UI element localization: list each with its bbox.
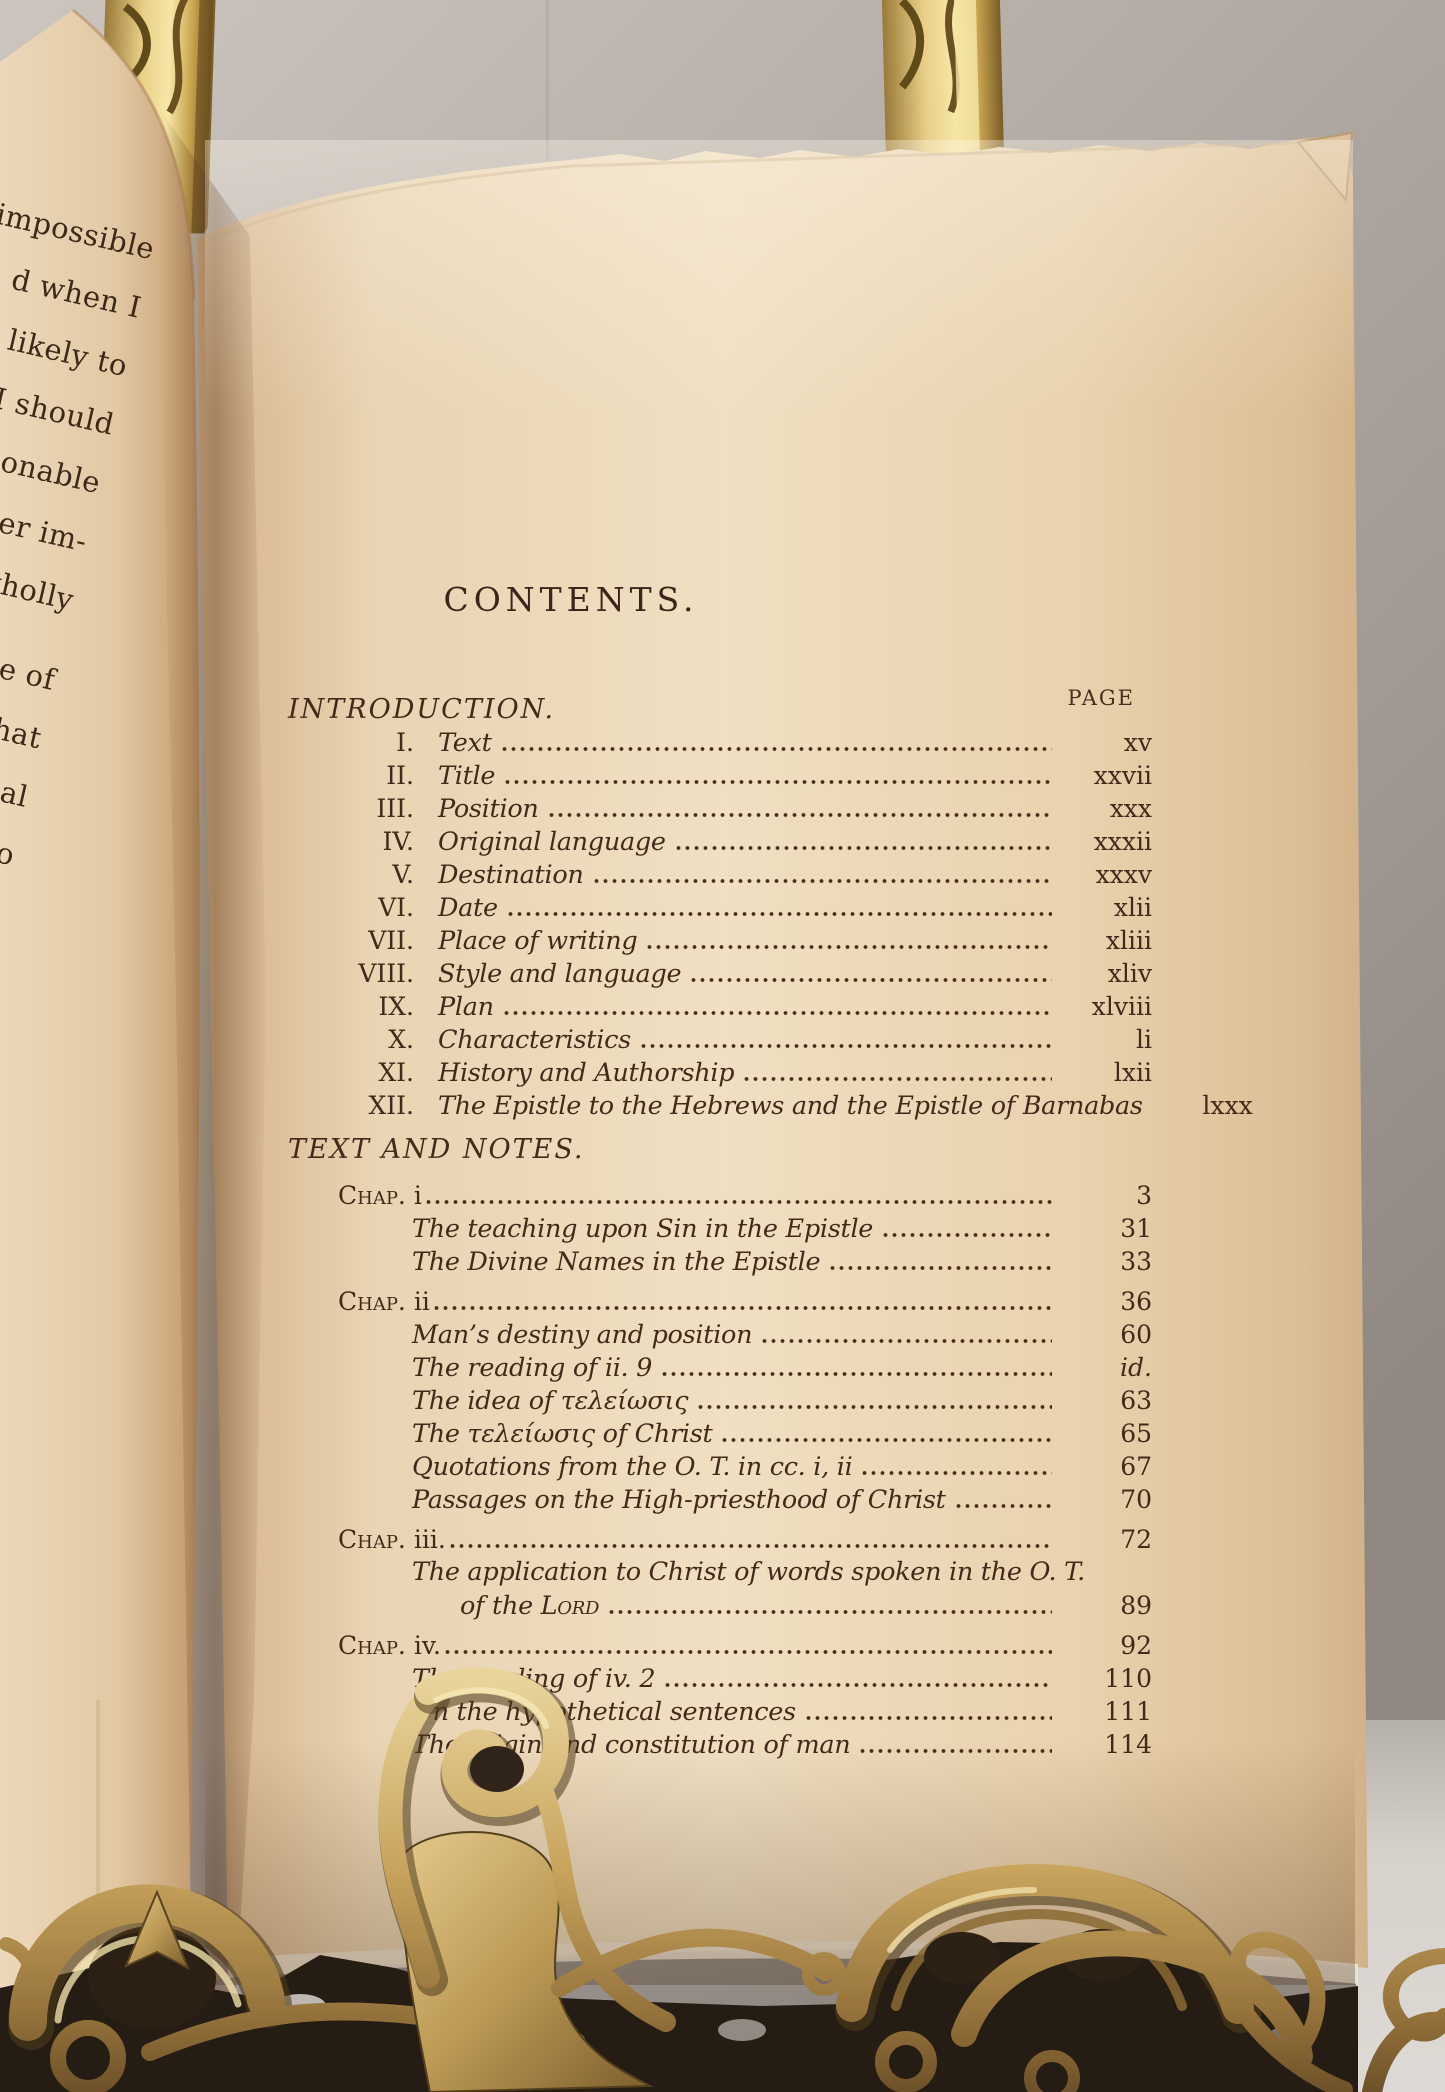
easel-scrollwork — [0, 0, 1445, 2092]
light-gap — [718, 2019, 766, 2041]
book-photograph: impossibled when Ilikely toe I shouldest… — [0, 0, 1445, 2092]
